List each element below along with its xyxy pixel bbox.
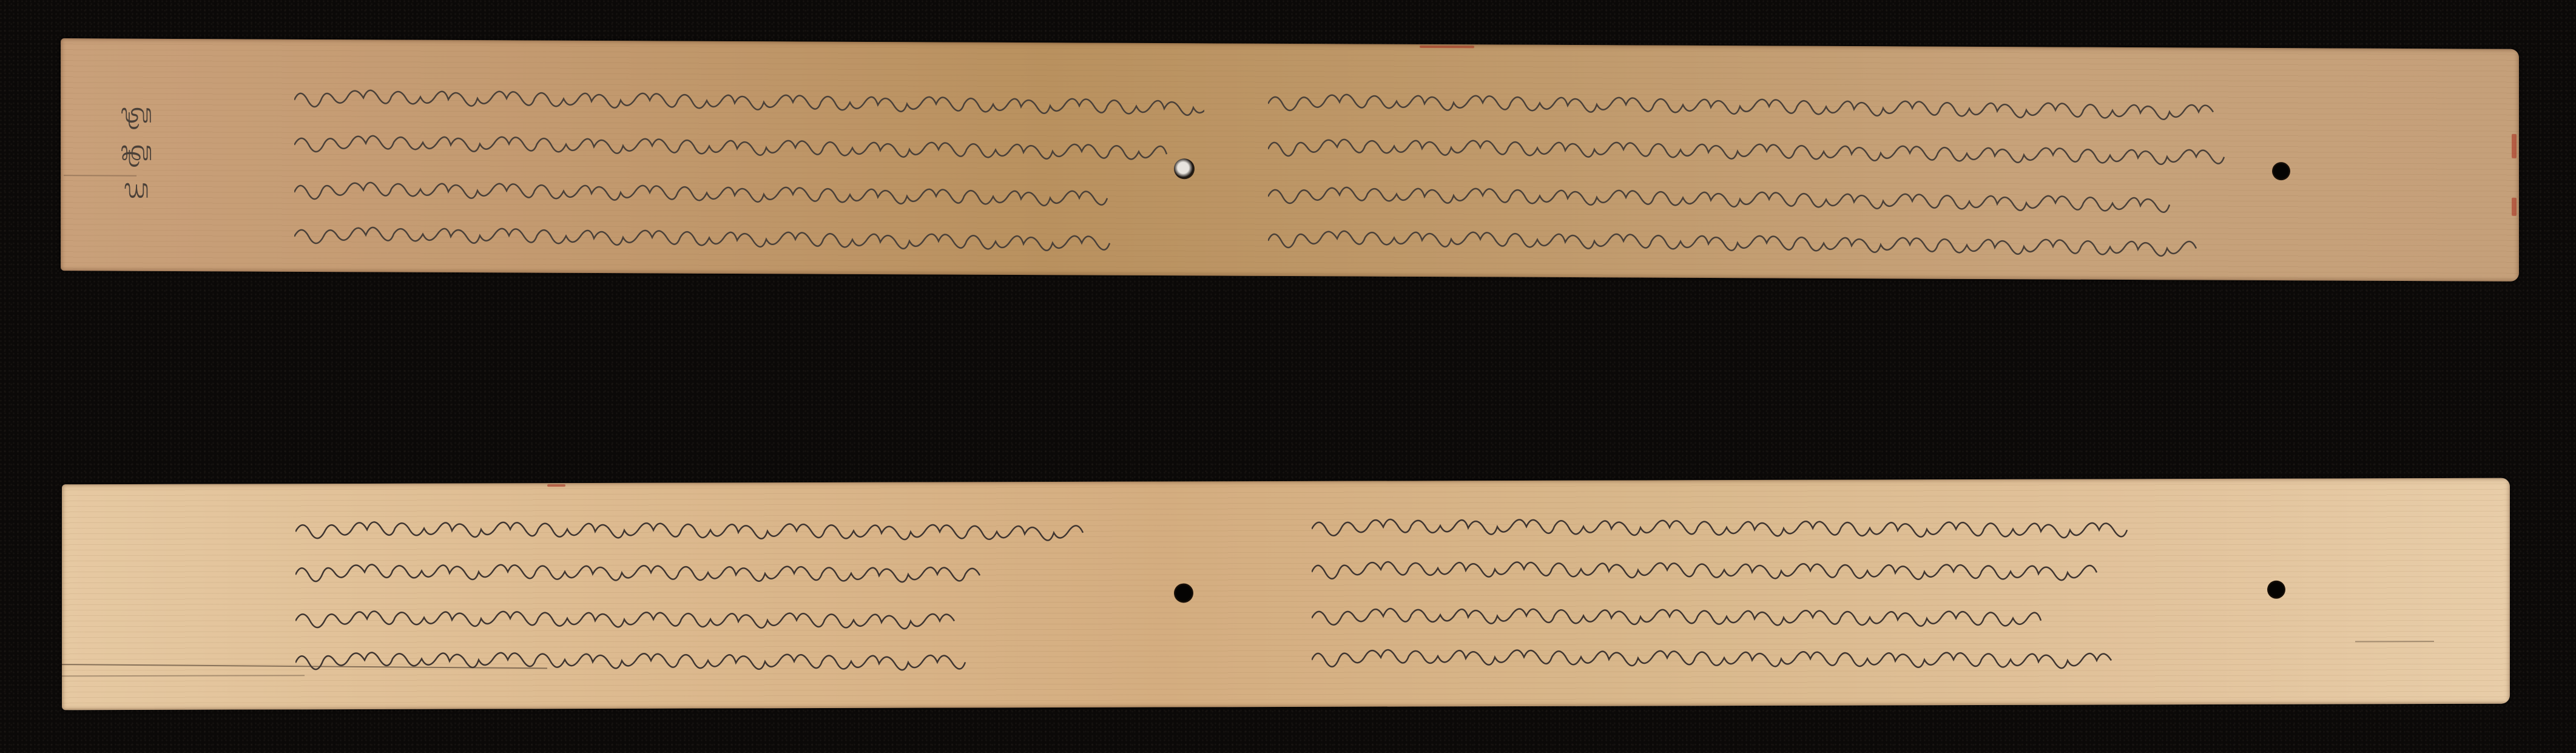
red-pigment-mark [2512,198,2517,216]
script-line [295,592,1205,637]
handwritten-script [1312,500,2319,545]
handwritten-script [294,119,1204,166]
script-line [1268,77,2348,124]
handwritten-script [295,547,1205,592]
margin-numeral: ᭇ [121,100,153,129]
text-block-left [295,502,1205,681]
binding-hole [2272,162,2290,180]
handwritten-script [1268,217,2348,264]
palm-leaf-top: ᭇ ᭅ ᬬ [61,38,2519,282]
script-line [294,73,1204,120]
handwritten-script [295,636,1205,681]
handwritten-script [295,502,1205,547]
script-line [294,119,1204,166]
manuscript-photo: ᭇ ᭅ ᬬ [0,0,2576,753]
script-line [295,636,1205,681]
palm-leaf-bottom [62,478,2510,711]
handwritten-script [1312,544,2319,589]
red-pigment-mark [547,484,565,487]
script-line [1312,500,2319,545]
binding-hole [1174,583,1193,603]
text-block-right [1268,77,2348,264]
leaf-crack [2355,641,2434,642]
text-block-right [1312,500,2319,678]
handwritten-script [294,212,1204,259]
handwritten-script [1312,589,2319,633]
red-pigment-mark [2512,134,2517,158]
binding-hole [1174,158,1195,179]
script-line [295,547,1205,592]
script-line [294,166,1204,212]
script-line [295,502,1205,547]
script-line [294,212,1204,259]
script-line [1268,170,2348,217]
handwritten-script [294,166,1204,212]
script-line [1268,217,2348,264]
handwritten-script [1268,170,2348,217]
text-block-left [294,73,1204,259]
leaf-number-margin: ᭇ ᭅ ᬬ [118,100,155,204]
handwritten-script [1268,123,2348,171]
script-line [1312,544,2319,589]
ruled-line [62,675,305,677]
handwritten-script [294,73,1204,120]
script-line [1312,633,2319,678]
handwritten-script [1312,633,2319,678]
handwritten-script [295,592,1205,637]
script-line [1268,123,2348,171]
script-line [1312,589,2319,633]
margin-numeral: ᬬ [124,175,149,204]
red-pigment-mark [1420,46,1474,48]
binding-hole [2267,581,2285,599]
margin-numeral: ᭅ [120,137,152,166]
handwritten-script [1268,77,2348,124]
